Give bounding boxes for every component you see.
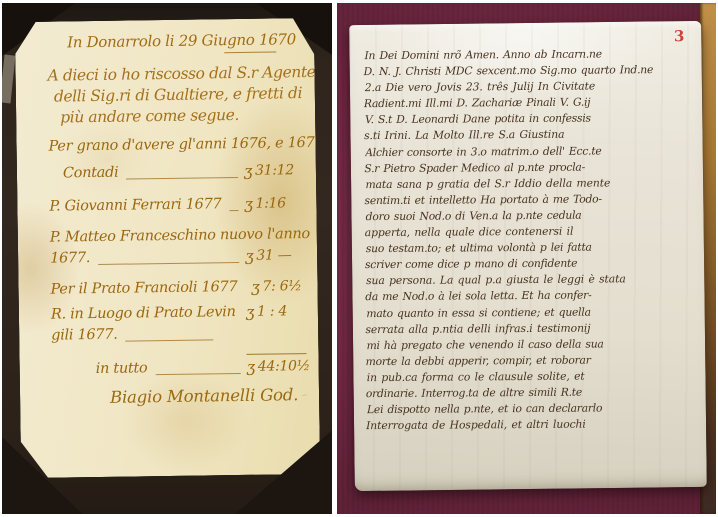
manuscript-intro: A dieci io ho riscosso dal S.r Agente de… <box>47 62 303 129</box>
manuscript-line: V. S.t D. Leonardi Dane potita in confes… <box>365 110 696 128</box>
left-photo: In Donarrolo li 29 Giugno 1670 A dieci i… <box>2 3 332 514</box>
manuscript-line: in pub.ca forma co le clausule solite, e… <box>367 368 698 386</box>
manuscript-line: delli Sig.ri di Gualtiere, e fretti di <box>54 83 303 107</box>
tironian-mark: ʒ <box>244 194 252 215</box>
entry-amount: ʒ31:12 <box>244 160 304 182</box>
account-entry: Per il Prato Francioli 1677 ʒ7: 6½ <box>50 276 305 301</box>
entry-leader-line <box>125 325 213 342</box>
entry-amount: ʒ7: 6½ <box>251 276 311 298</box>
manuscript-line: Lei dispotto nella p.nte, et io can decl… <box>367 400 698 418</box>
manuscript-line: mato quanto in essa si contiene; et quel… <box>366 303 697 321</box>
tironian-mark: ʒ <box>247 357 255 378</box>
manuscript-line: mi hà pregato che venendo il caso della … <box>366 335 697 353</box>
manuscript-line: più andare come segue. <box>60 104 303 128</box>
right-manuscript-page: 3 In Dei Domini nrõ Amen. Anno ab Incarn… <box>349 21 707 491</box>
manuscript-line: 2.a Die vero Jovis 23. três Julij In Civ… <box>365 78 696 96</box>
composite-photo: In Donarrolo li 29 Giugno 1670 A dieci i… <box>0 0 718 517</box>
tape-fragment <box>2 55 15 104</box>
account-entry: 1677. ʒ31 — <box>50 245 305 270</box>
entry-text: R. in Luogo di Prato Levin <box>51 302 236 326</box>
manuscript-line: doro suoi Nod.o di Ven.a la p.nte cedula <box>366 207 697 225</box>
entry-amount: ʒ31 — <box>245 245 305 267</box>
manuscript-text-block: In Dei Domini nrõ Amen. Anno ab Incarn.n… <box>363 46 697 435</box>
manuscript-line: Alchier consorte in 3.o matrim.o dell' E… <box>365 142 696 160</box>
account-entry: P. Giovanni Ferrari 1677 ʒ1:16 <box>49 193 304 218</box>
entry-text: Per il Prato Francioli 1677 <box>50 277 237 301</box>
total-label: in tutto <box>96 358 148 380</box>
entry-text: gili 1677. <box>51 325 118 347</box>
total-amount: ʒ44:10½ <box>246 353 306 378</box>
page-number-stamp: 3 <box>674 27 685 45</box>
manuscript-line: In Dei Domini nrõ Amen. Anno ab Incarn.n… <box>364 46 695 64</box>
entry-text: P. Giovanni Ferrari 1677 <box>49 194 221 217</box>
entry-leader-line <box>229 196 238 212</box>
left-manuscript-page: In Donarrolo li 29 Giugno 1670 A dieci i… <box>15 18 320 478</box>
manuscript-line: sua persona. La qual p.a giusta le leggi… <box>366 271 697 289</box>
entry-text: Per grano d'avere gl'anni 1676, e 1677 <box>48 133 323 158</box>
tironian-mark: ʒ <box>245 246 253 267</box>
tironian-mark: ʒ <box>251 277 259 298</box>
signature: Biagio Montanelli God. <box>110 385 307 407</box>
entry-spacer <box>219 343 306 344</box>
entry-leader-line <box>155 358 240 375</box>
right-photo: 3 In Dei Domini nrõ Amen. Anno ab Incarn… <box>337 3 716 514</box>
tironian-mark: ʒ <box>246 302 254 323</box>
manuscript-line: Interrogata de Hospedali, et altri luoch… <box>366 416 697 434</box>
manuscript-line: mata sana p gratia del S.r Iddio della m… <box>365 175 696 193</box>
dateline-underline <box>224 51 276 53</box>
account-entry: R. in Luogo di Prato Levin ʒ1 : 4 <box>51 301 306 326</box>
entry-leader-line <box>126 163 238 180</box>
signature-flourish <box>302 388 307 402</box>
entry-amount: ʒ1 : 4 <box>246 301 306 323</box>
manuscript-dateline: In Donarrolo li 29 Giugno 1670 <box>67 30 302 51</box>
account-entry: Contadi ʒ31:12 <box>49 160 304 185</box>
entry-text: Contadi <box>63 163 119 185</box>
entry-amount: ʒ1:16 <box>244 193 304 215</box>
entry-text: 1677. <box>50 248 90 270</box>
tironian-mark: ʒ <box>244 161 252 182</box>
account-entry: Per grano d'avere gl'anni 1676, e 1677 <box>48 133 303 158</box>
manuscript-line: suo testam.to; et ultima volontà p lei f… <box>366 239 697 257</box>
account-entry: gili 1677. <box>51 322 306 347</box>
account-total-row: in tutto ʒ44:10½ <box>52 353 307 381</box>
entry-leader-line <box>98 248 239 265</box>
